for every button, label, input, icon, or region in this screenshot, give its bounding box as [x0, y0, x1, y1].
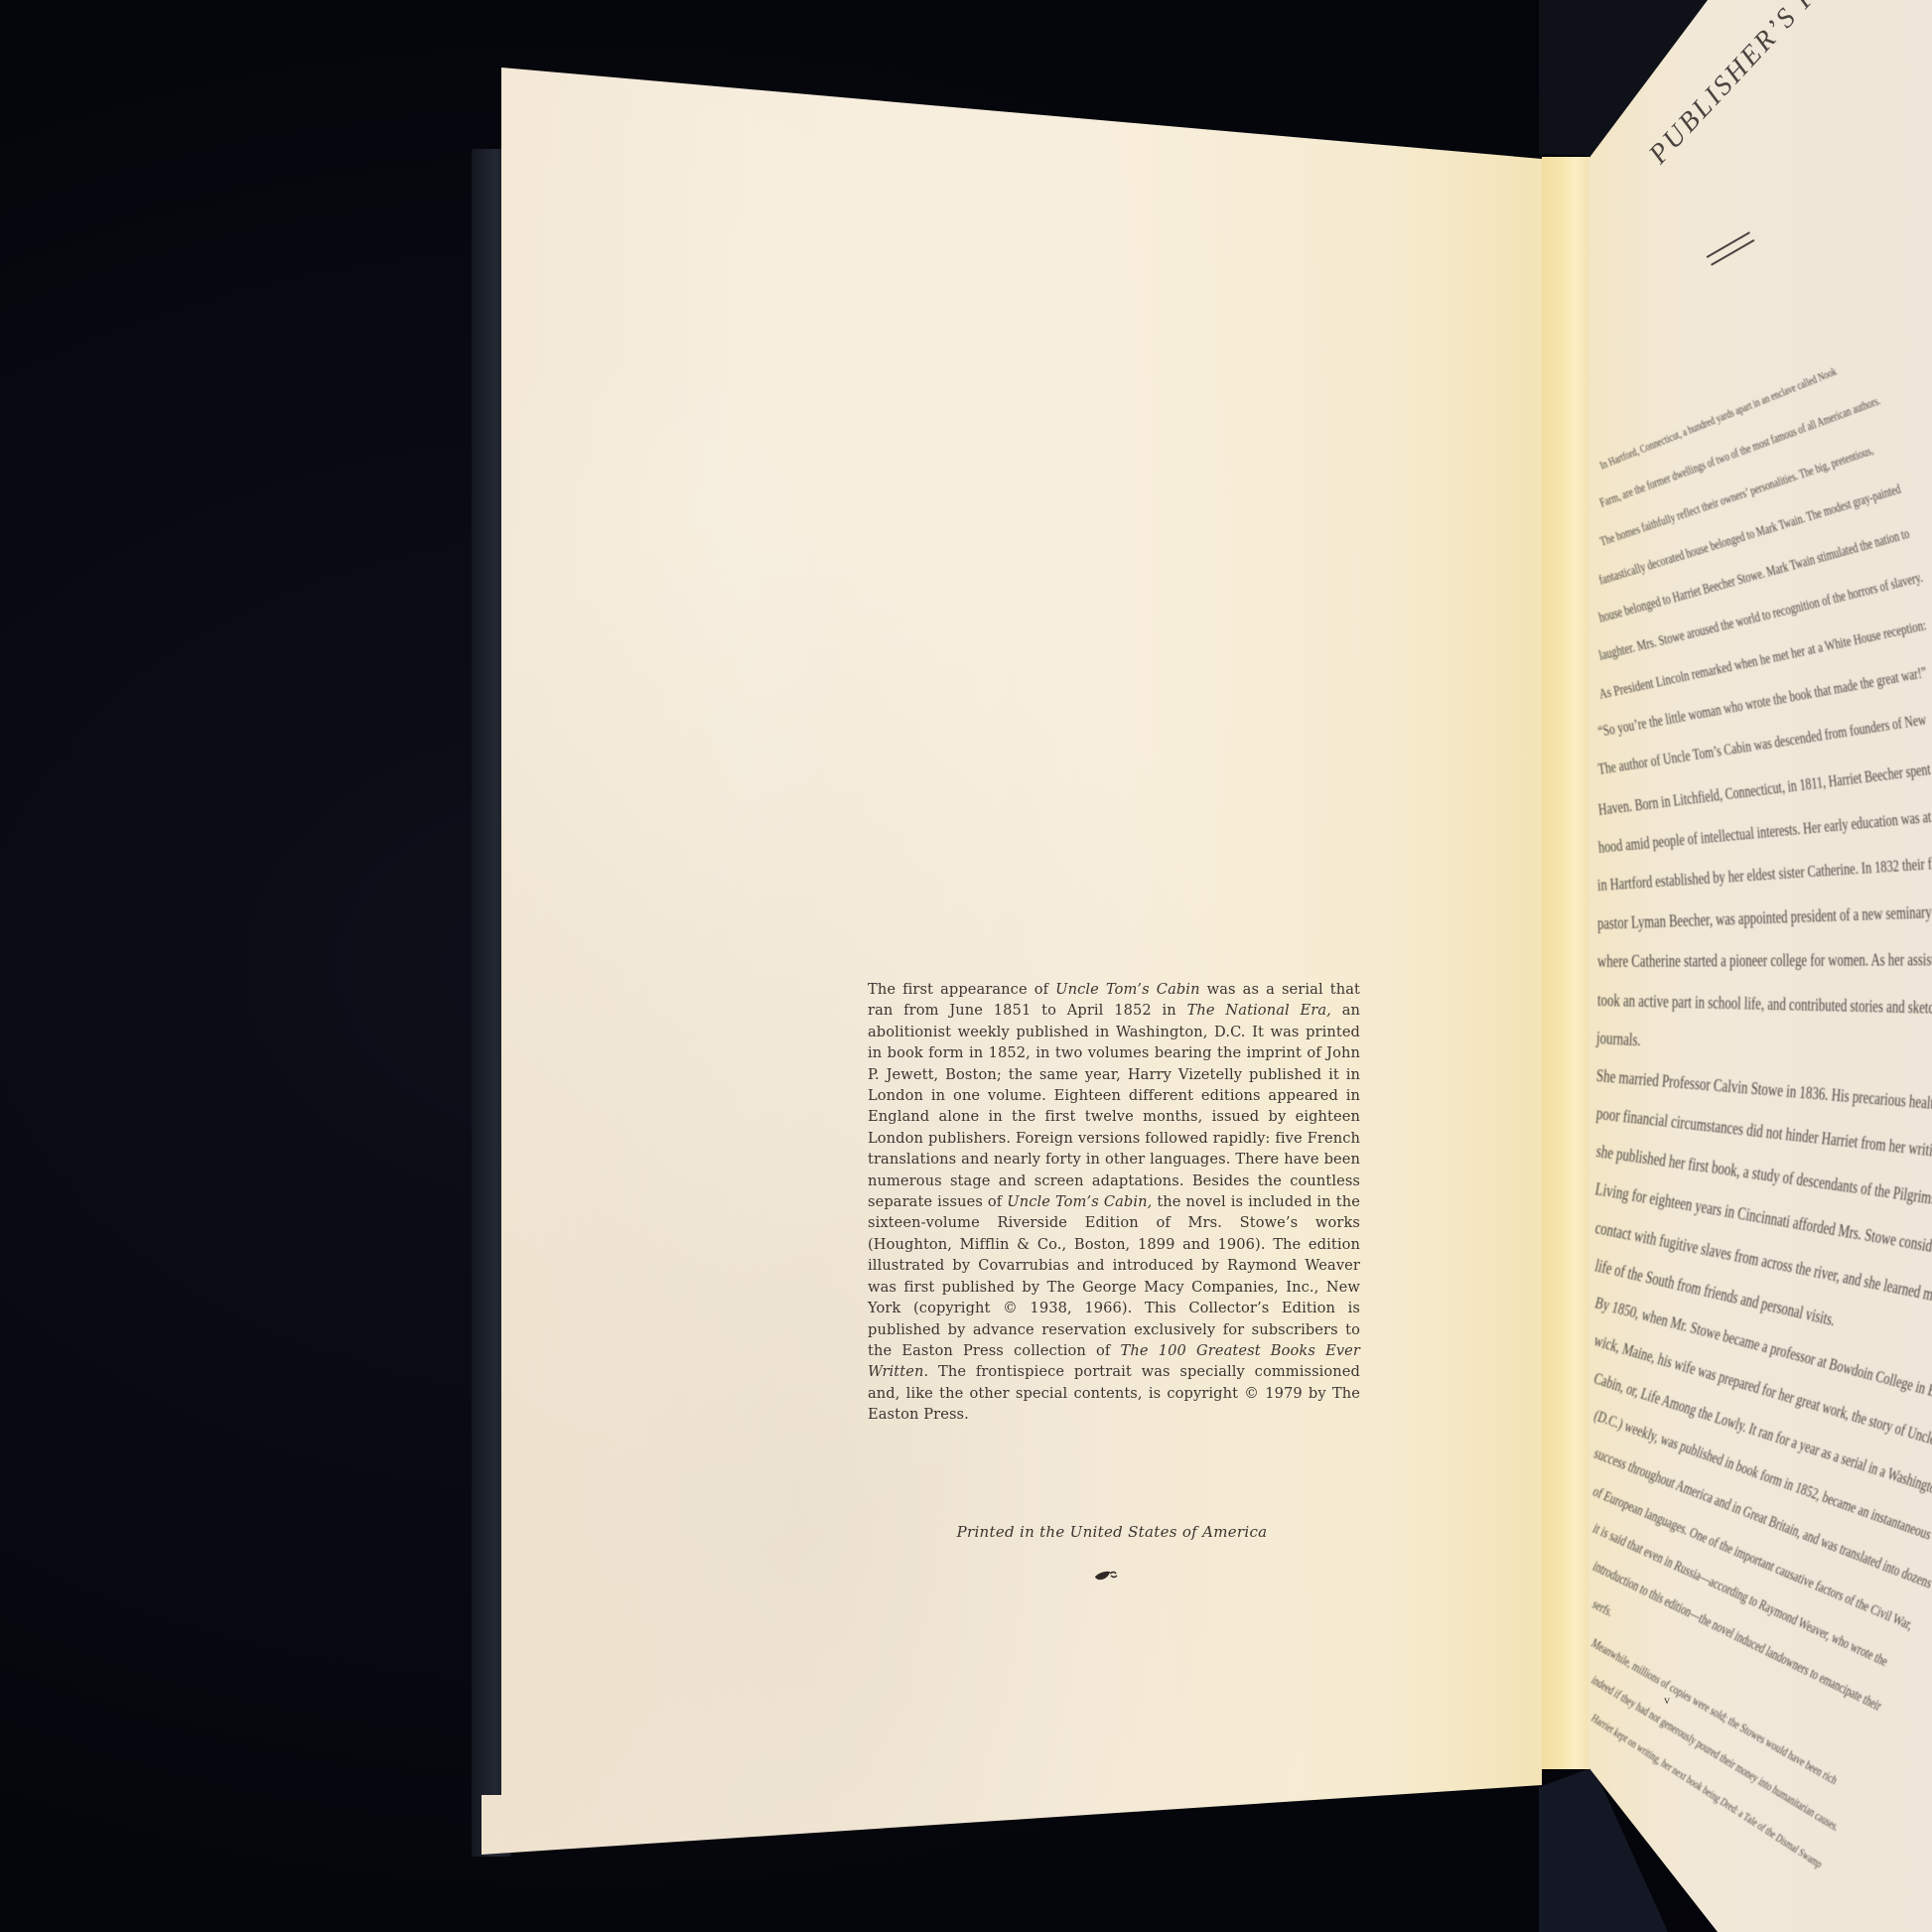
text-run: The first appearance of: [868, 981, 1055, 998]
left-page: [482, 68, 1542, 1855]
colophon-text: The first appearance of Uncle Tom’s Cabi…: [868, 979, 1360, 1426]
italic-title-run: The National Era,: [1187, 1002, 1331, 1019]
text-run: The frontispiece portrait was specially …: [868, 1363, 1360, 1423]
preface-line: where Catherine started a pioneer colleg…: [1597, 949, 1932, 972]
page-folio: v: [1664, 1693, 1670, 1708]
text-run: the novel is included in the sixteen-vol…: [868, 1193, 1360, 1359]
text-run: an abolitionist weekly published in Wash…: [868, 1002, 1360, 1210]
colophon-paragraph: The first appearance of Uncle Tom’s Cabi…: [868, 979, 1360, 1426]
italic-title-run: Uncle Tom’s Cabin,: [1007, 1193, 1152, 1210]
page-shading: [482, 68, 1542, 1855]
leaf-ornament-icon: [1094, 1569, 1118, 1583]
printed-in-usa-line: Printed in the United States of America: [941, 1523, 1283, 1541]
italic-title-run: Uncle Tom’s Cabin: [1055, 981, 1199, 998]
preface-line: journals.: [1596, 1028, 1642, 1050]
book-gutter: [1542, 157, 1589, 1769]
